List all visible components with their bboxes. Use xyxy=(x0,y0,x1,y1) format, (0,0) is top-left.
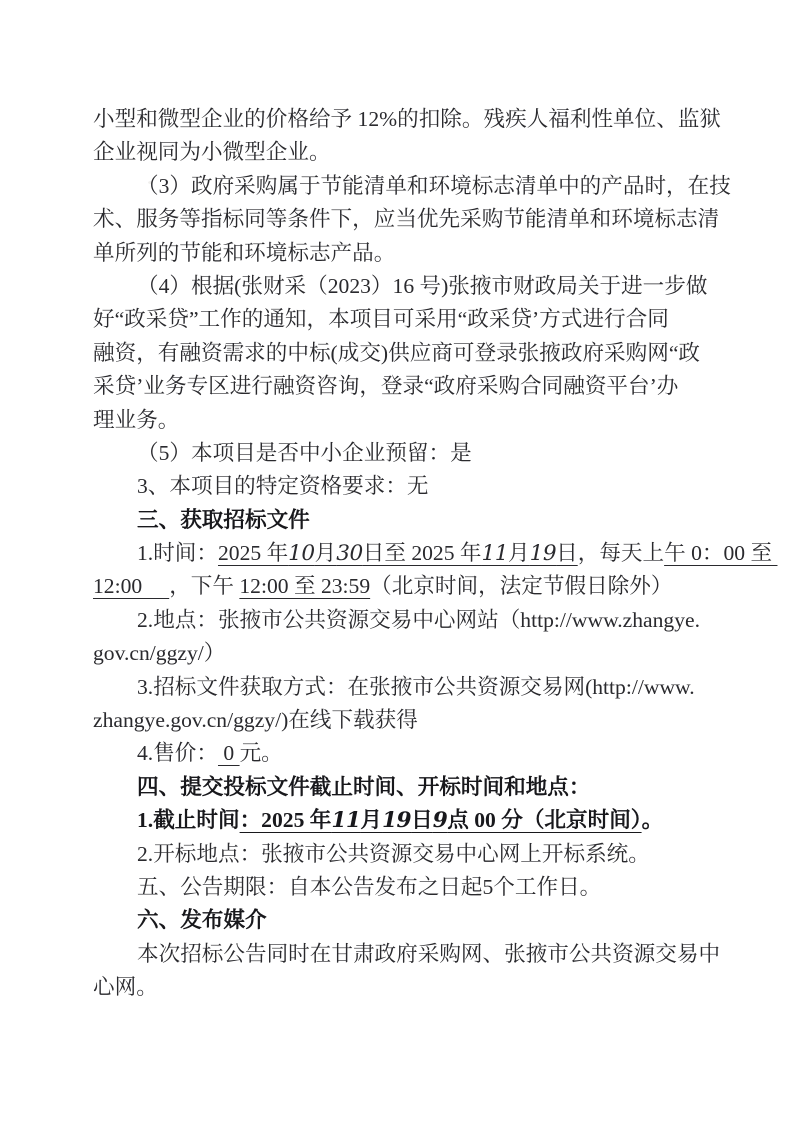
underlined-text: 月 xyxy=(315,541,337,565)
text-segment: 4.售价： xyxy=(137,741,218,765)
text-segment: 融资，有融资需求的中标(成交)供应商可登录张掖政府采购网“政 xyxy=(93,341,700,365)
doc-line: 3、本项目的特定资格要求：无 xyxy=(93,470,707,503)
underlined-text: ：2025 年 xyxy=(240,808,332,832)
text-segment: 。 xyxy=(642,808,664,832)
doc-line: zhangye.gov.cn/ggzy/)在线下载获得 xyxy=(93,704,707,737)
handwritten-text: 19 xyxy=(382,808,411,833)
underlined-text: 12:00 xyxy=(93,574,169,598)
text-segment: 本次招标公告同时在甘肃政府采购网、张掖市公共资源交易中 xyxy=(137,942,720,966)
doc-line: gov.cn/ggzy/） xyxy=(93,637,707,670)
doc-line: 小型和微型企业的价格给予 12%的扣除。残疾人福利性单位、监狱 xyxy=(93,103,707,136)
handwritten-text: 30 xyxy=(336,541,362,566)
doc-line: （5）本项目是否中小企业预留：是 xyxy=(93,437,707,470)
text-segment: （4）根据(张财采（2023）16 号)张掖市财政局关于进一步做 xyxy=(137,274,707,298)
underlined-text: 午 0：00 至 xyxy=(664,541,777,565)
doc-line: 3.招标文件获取方式：在张掖市公共资源交易网(http://www. xyxy=(93,671,707,704)
handwritten-text: 19 xyxy=(530,541,556,566)
doc-line: 心网。 xyxy=(93,971,707,1004)
doc-line: 企业视同为小微型企业。 xyxy=(93,136,707,169)
text-segment: 心网。 xyxy=(93,975,158,999)
text-segment: 企业视同为小微型企业。 xyxy=(93,140,331,164)
text-segment: 2.开标地点：张掖市公共资源交易中心网上开标系统。 xyxy=(137,842,650,866)
doc-line: （3）政府采购属于节能清单和环境标志清单中的产品时，在技 xyxy=(93,170,707,203)
handwritten-text: 11 xyxy=(331,808,360,833)
doc-line: 融资，有融资需求的中标(成交)供应商可登录张掖政府采购网“政 xyxy=(93,337,707,370)
underlined-text: 日 xyxy=(411,808,433,832)
doc-line: 1.时间：2025 年10月30日至 2025 年11月19日，每天上午 0：0… xyxy=(93,537,707,570)
text-segment: zhangye.gov.cn/ggzy/)在线下载获得 xyxy=(93,708,418,732)
doc-line: 五、公告期限：自本公告发布之日起5个工作日。 xyxy=(93,871,707,904)
text-segment: 3、本项目的特定资格要求：无 xyxy=(137,474,429,498)
underlined-text: 月 xyxy=(508,541,530,565)
doc-line: 理业务。 xyxy=(93,404,707,437)
document-page: 小型和微型企业的价格给予 12%的扣除。残疾人福利性单位、监狱企业视同为小微型企… xyxy=(0,0,793,1122)
doc-line: 采贷’业务专区进行融资咨询，登录“政府采购合同融资平台’办 xyxy=(93,370,707,403)
text-segment: 理业务。 xyxy=(93,408,179,432)
doc-line: 术、服务等指标同等条件下，应当优先采购节能清单和环境标志清 xyxy=(93,203,707,236)
text-segment: 小型和微型企业的价格给予 12%的扣除。残疾人福利性单位、监狱 xyxy=(93,107,721,131)
doc-line: 2.地点：张掖市公共资源交易中心网站（http://www.zhangye. xyxy=(93,604,707,637)
text-segment: （3）政府采购属于节能清单和环境标志清单中的产品时，在技 xyxy=(137,174,731,198)
doc-line: 1.截止时间：2025 年11月19日9点 00 分（北京时间）。 xyxy=(93,804,707,837)
underlined-text: 月 xyxy=(360,808,382,832)
underlined-text: 日至 2025 年 xyxy=(363,541,482,565)
underlined-text: 0 xyxy=(218,741,240,765)
text-segment: （5）本项目是否中小企业预留：是 xyxy=(137,441,472,465)
text-segment: gov.cn/ggzy/） xyxy=(93,641,225,665)
underlined-text: 日 xyxy=(556,541,578,565)
doc-line: 好“政采贷”工作的通知，本项目可采用“政采贷’方式进行合同 xyxy=(93,303,707,336)
doc-line: 4.售价： 0 元。 xyxy=(93,737,707,770)
text-segment: 五、公告期限：自本公告发布之日起5个工作日。 xyxy=(137,875,601,899)
text-segment: 六、发布媒介 xyxy=(137,908,267,932)
text-segment: 元。 xyxy=(240,741,283,765)
doc-line: 三、获取招标文件 xyxy=(93,504,707,537)
doc-line: 本次招标公告同时在甘肃政府采购网、张掖市公共资源交易中 xyxy=(93,938,707,971)
text-segment: 四、提交投标文件截止时间、开标时间和地点： xyxy=(137,775,590,799)
text-segment: 采贷’业务专区进行融资咨询，登录“政府采购合同融资平台’办 xyxy=(93,374,678,398)
text-segment: 1.时间： xyxy=(137,541,218,565)
text-segment: 三、获取招标文件 xyxy=(137,508,310,532)
underlined-text: 12:00 至 23:59 xyxy=(239,574,370,598)
handwritten-text: 9 xyxy=(433,808,448,833)
document-body: 小型和微型企业的价格给予 12%的扣除。残疾人福利性单位、监狱企业视同为小微型企… xyxy=(93,103,707,1005)
text-segment: 好“政采贷”工作的通知，本项目可采用“政采贷’方式进行合同 xyxy=(93,307,669,331)
text-segment: 3.招标文件获取方式：在张掖市公共资源交易网(http://www. xyxy=(137,675,695,699)
text-segment: 术、服务等指标同等条件下，应当优先采购节能清单和环境标志清 xyxy=(93,207,719,231)
doc-line: 2.开标地点：张掖市公共资源交易中心网上开标系统。 xyxy=(93,838,707,871)
doc-line: 四、提交投标文件截止时间、开标时间和地点： xyxy=(93,771,707,804)
text-segment: （北京时间，法定节假日除外） xyxy=(370,574,672,598)
doc-line: （4）根据(张财采（2023）16 号)张掖市财政局关于进一步做 xyxy=(93,270,707,303)
doc-line: 六、发布媒介 xyxy=(93,904,707,937)
text-segment: ，下午 xyxy=(169,574,239,598)
handwritten-text: 10 xyxy=(288,541,314,566)
doc-line: 12:00 ，下午 12:00 至 23:59（北京时间，法定节假日除外） xyxy=(93,570,707,603)
underlined-text: 2025 年 xyxy=(218,541,288,565)
text-segment: ，每天上 xyxy=(578,541,664,565)
handwritten-text: 11 xyxy=(482,541,508,566)
doc-line: 单所列的节能和环境标志产品。 xyxy=(93,237,707,270)
text-segment: 2.地点：张掖市公共资源交易中心网站（http://www.zhangye. xyxy=(137,608,700,632)
text-segment: 1.截止时间 xyxy=(137,808,240,832)
underlined-text: 点 00 分（北京时间） xyxy=(447,808,641,832)
text-segment: 单所列的节能和环境标志产品。 xyxy=(93,241,395,265)
